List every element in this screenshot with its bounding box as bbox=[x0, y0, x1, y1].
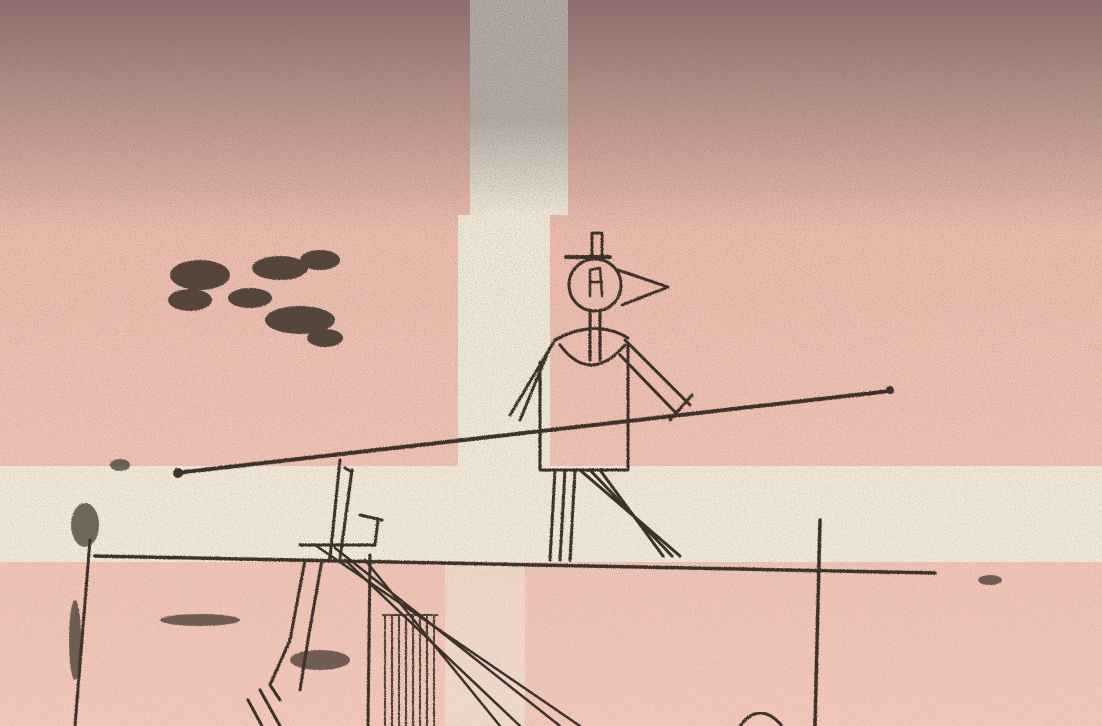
tightrope-walker-artwork bbox=[0, 0, 1102, 726]
artwork-canvas bbox=[0, 0, 1102, 726]
